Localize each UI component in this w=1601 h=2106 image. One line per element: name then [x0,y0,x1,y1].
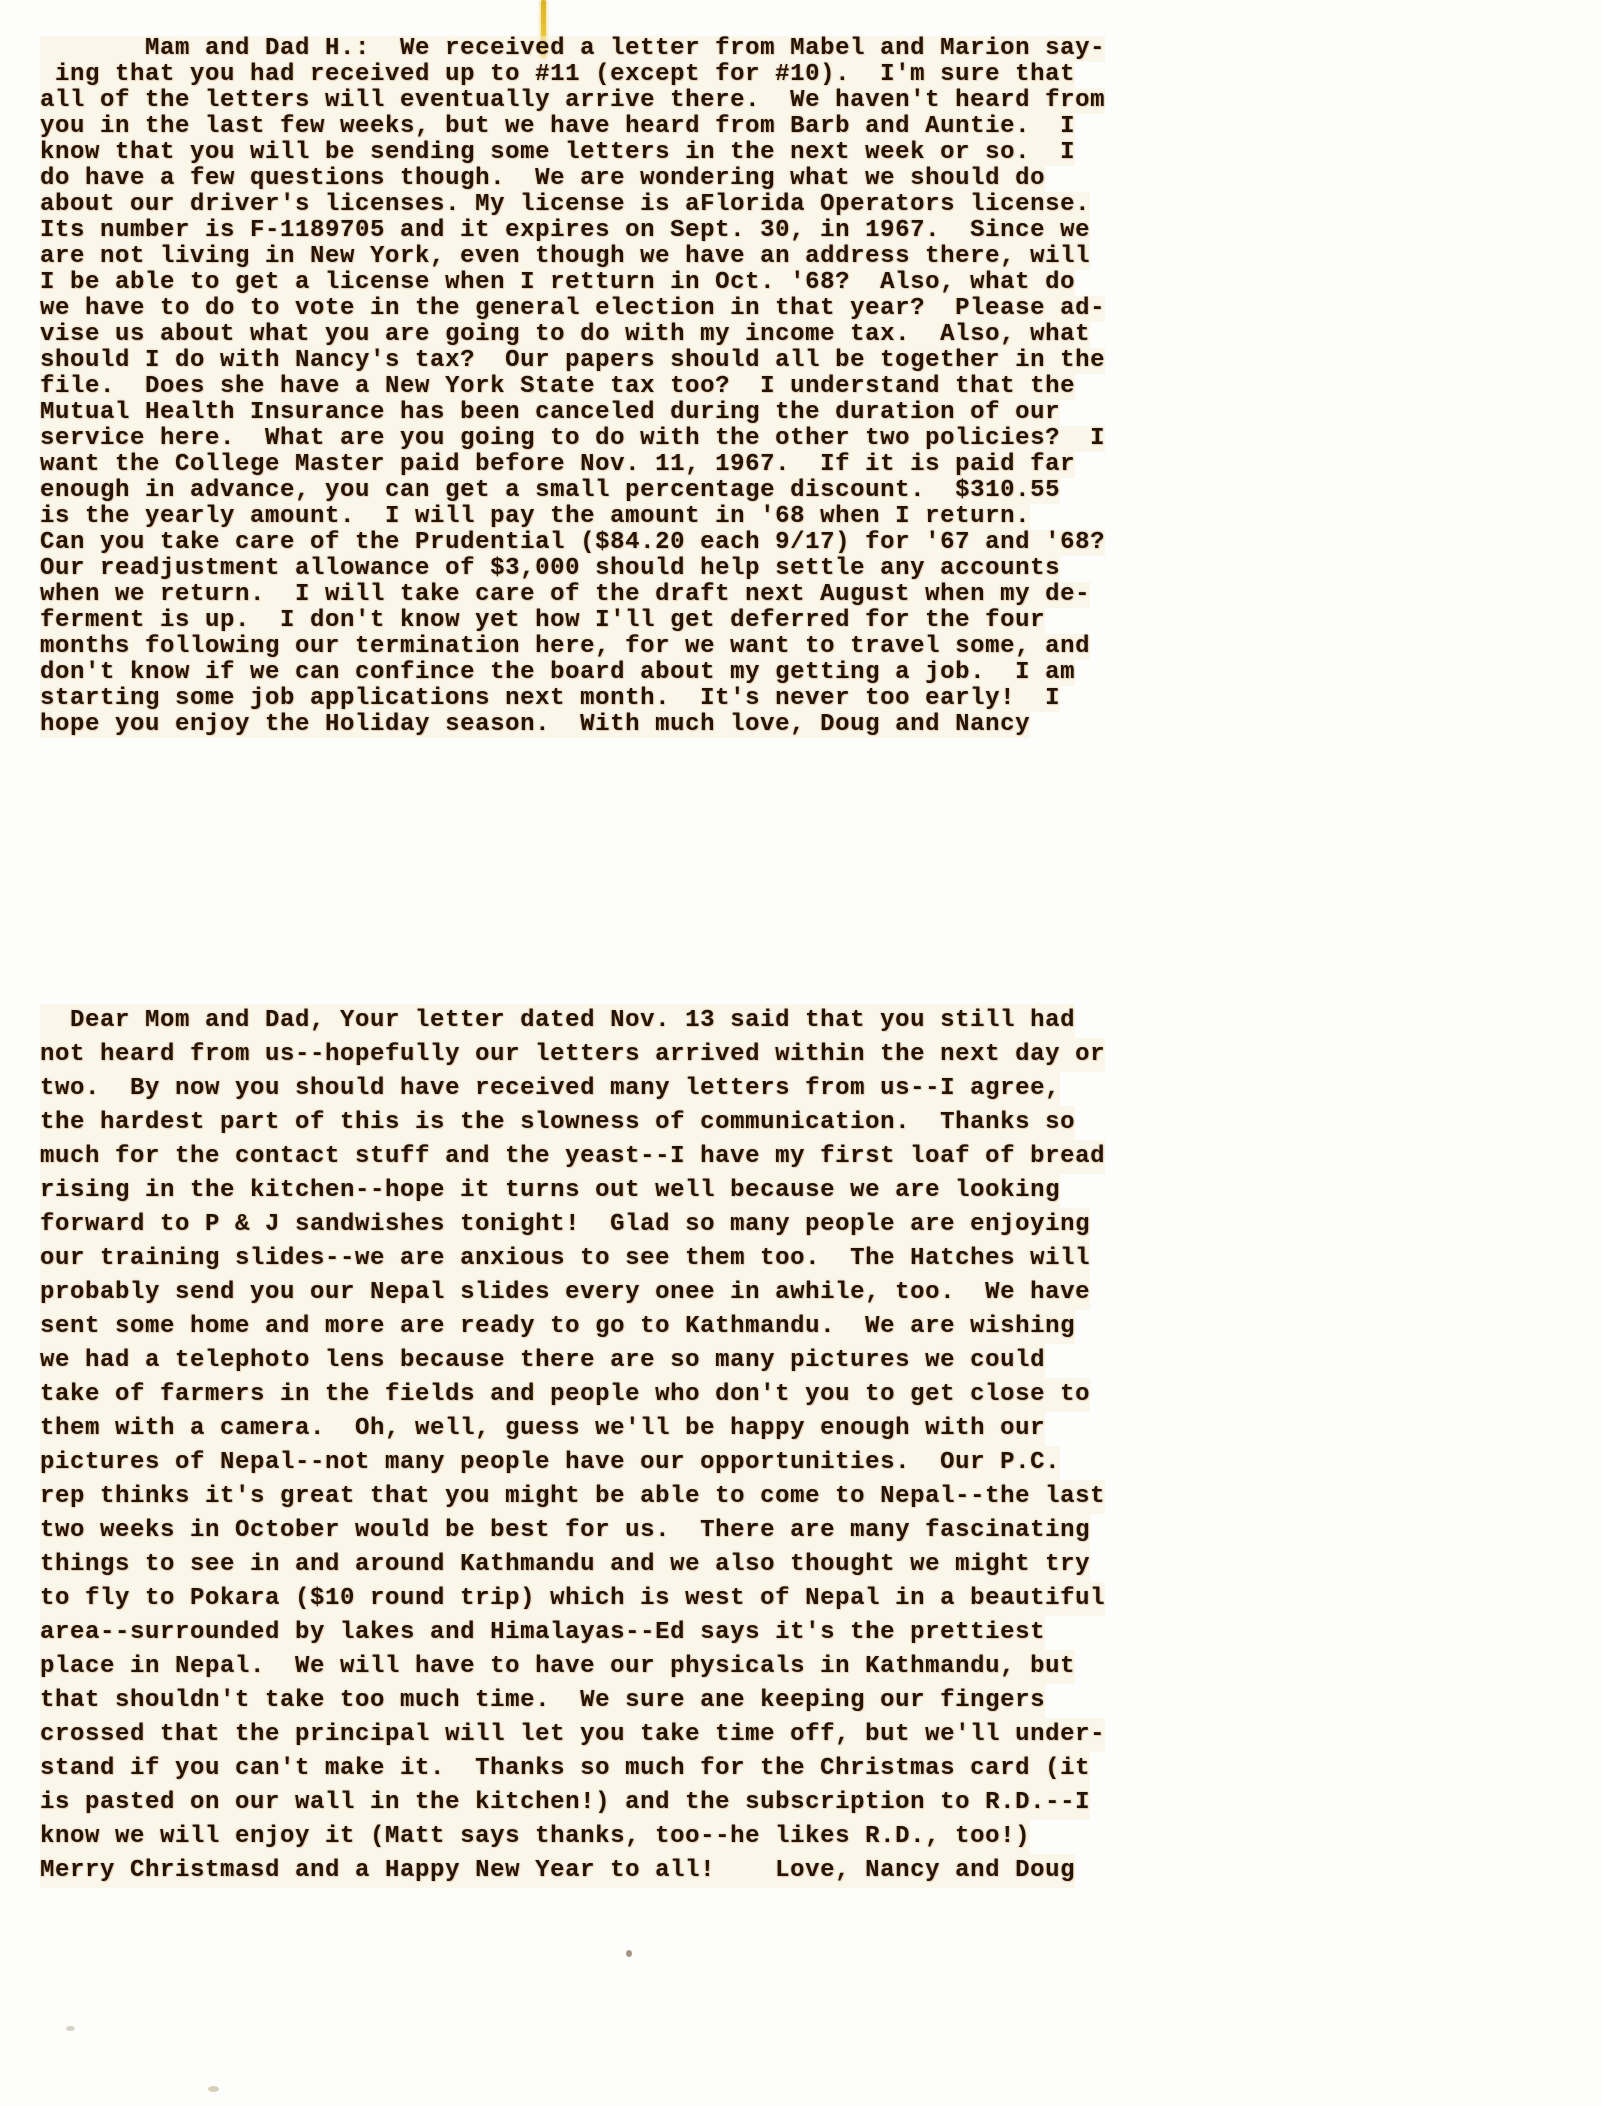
letter-line: you in the last few weeks, but we have h… [40,114,1075,140]
letter-line: the hardest part of this is the slowness… [40,1106,1075,1140]
letter-line: service here. What are you going to do w… [40,426,1105,452]
letter-line: want the College Master paid before Nov.… [40,452,1075,478]
letter-line: to fly to Pokara ($10 round trip) which … [40,1582,1105,1616]
letter-line: ing that you had received up to #11 (exc… [40,62,1075,88]
letter-line: hope you enjoy the Holiday season. With … [40,712,1030,738]
letter-body: Mam and Dad H.: We received a letter fro… [40,36,1105,1888]
letter-line: Merry Christmasd and a Happy New Year to… [40,1854,1075,1888]
letter-line: that shouldn't take too much time. We su… [40,1684,1045,1718]
letter-line: two weeks in October would be best for u… [40,1514,1090,1548]
letter-line: rep thinks it's great that you might be … [40,1480,1105,1514]
letter-line: Its number is F-1189705 and it expires o… [40,218,1090,244]
letter-line: stand if you can't make it. Thanks so mu… [40,1752,1090,1786]
letter-line: know we will enjoy it (Matt says thanks,… [40,1820,1030,1854]
letter-paragraph-1: Mam and Dad H.: We received a letter fro… [40,36,1105,738]
letter-line: Mutual Health Insurance has been cancele… [40,400,1060,426]
letter-line: vise us about what you are going to do w… [40,322,1090,348]
letter-line: Our readjustment allowance of $3,000 sho… [40,556,1060,582]
letter-paragraph-2: Dear Mom and Dad, Your letter dated Nov.… [40,1004,1105,1888]
scan-speck [208,2086,219,2092]
letter-line: about our driver's licenses. My license … [40,192,1090,218]
scan-speck [66,2026,75,2031]
letter-line: our training slides--we are anxious to s… [40,1242,1090,1276]
letter-line: sent some home and more are ready to go … [40,1310,1075,1344]
letter-line: forward to P & J sandwishes tonight! Gla… [40,1208,1090,1242]
letter-line: take of farmers in the fields and people… [40,1378,1090,1412]
letter-line: rising in the kitchen--hope it turns out… [40,1174,1060,1208]
letter-line: pictures of Nepal--not many people have … [40,1446,1060,1480]
letter-line: I be able to get a license when I rettur… [40,270,1075,296]
letter-line: two. By now you should have received man… [40,1072,1060,1106]
scan-speck [626,1950,632,1957]
letter-line: ferment is up. I don't know yet how I'll… [40,608,1045,634]
letter-line: much for the contact stuff and the yeast… [40,1140,1105,1174]
letter-line: things to see in and around Kathmandu an… [40,1548,1090,1582]
scanned-letter-page: Mam and Dad H.: We received a letter fro… [0,0,1601,2106]
letter-line: don't know if we can confince the board … [40,660,1075,686]
letter-line: is the yearly amount. I will pay the amo… [40,504,1030,530]
letter-line: we had a telephoto lens because there ar… [40,1344,1045,1378]
letter-line: we have to do to vote in the general ele… [40,296,1105,322]
letter-line: Dear Mom and Dad, Your letter dated Nov.… [40,1004,1075,1038]
letter-line: crossed that the principal will let you … [40,1718,1105,1752]
letter-line: know that you will be sending some lette… [40,140,1075,166]
letter-line: starting some job applications next mont… [40,686,1060,712]
letter-line: are not living in New York, even though … [40,244,1090,270]
letter-line: enough in advance, you can get a small p… [40,478,1060,504]
letter-line: do have a few questions though. We are w… [40,166,1045,192]
letter-line: is pasted on our wall in the kitchen!) a… [40,1786,1090,1820]
letter-line: area--surrounded by lakes and Himalayas-… [40,1616,1045,1650]
letter-line: not heard from us--hopefully our letters… [40,1038,1105,1072]
letter-line: Mam and Dad H.: We received a letter fro… [40,36,1105,62]
letter-line: months following our termination here, f… [40,634,1090,660]
letter-line: probably send you our Nepal slides every… [40,1276,1090,1310]
letter-line: all of the letters will eventually arriv… [40,88,1105,114]
letter-line: them with a camera. Oh, well, guess we'l… [40,1412,1045,1446]
letter-line: when we return. I will take care of the … [40,582,1090,608]
letter-line: place in Nepal. We will have to have our… [40,1650,1075,1684]
letter-line: file. Does she have a New York State tax… [40,374,1075,400]
letter-line: Can you take care of the Prudential ($84… [40,530,1105,556]
letter-line: should I do with Nancy's tax? Our papers… [40,348,1105,374]
